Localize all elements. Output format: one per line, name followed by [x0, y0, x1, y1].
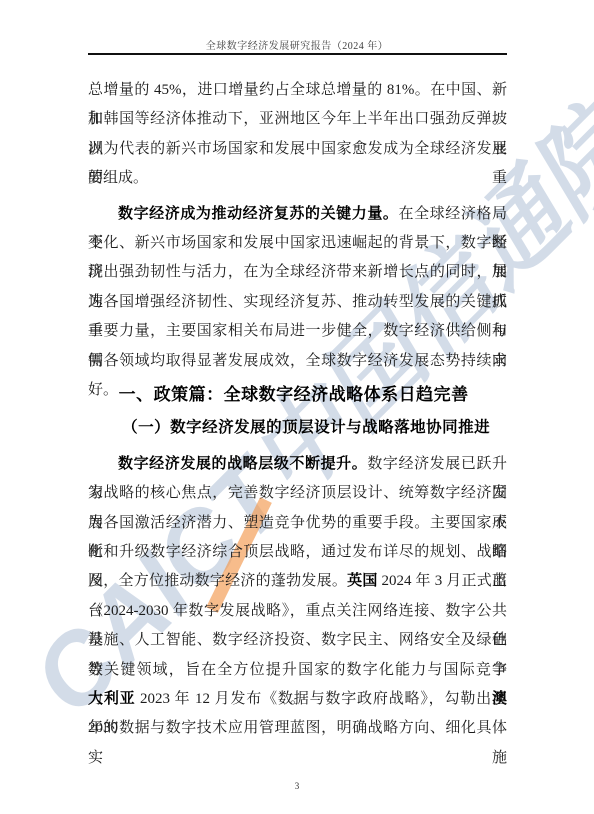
- body-line: 为各国增强经济韧性、实现经济复苏、推动转型发展的关键抓手和: [88, 288, 507, 317]
- bold-text: 数字经济发展的战略层级不断提升。: [118, 456, 367, 472]
- body-line: 总增量的 45%，进口增量约占全球总增量的 81%。在中国、新加坡: [88, 76, 507, 105]
- body-line: 等关键领域，旨在全方位提升国家的数字化能力与国际竞争力。澳: [88, 656, 507, 685]
- body-line: 大利亚 2023 年 12 月发布《数据与数字政府战略》，勾勒出至 2030: [88, 685, 507, 714]
- body-line: 数字经济发展的战略层级不断提升。数字经济发展已跃升为国: [88, 450, 507, 479]
- body-line: 为各国激活经济潜力、塑造竞争优势的重要手段。主要国家不断细: [88, 509, 507, 538]
- body-line: 家战略的核心焦点，完善数字经济顶层设计、统筹数字经济发展成: [88, 479, 507, 508]
- body-line: 重要力量，主要国家相关布局进一步健全，数字经济供给侧与需求: [88, 317, 507, 346]
- bold-text: 数字经济成为推动经济复苏的关键力量。: [118, 206, 398, 222]
- report-page: CAICT中国信通院 全球数字经济发展研究报告（2024 年） 总增量的 45%…: [0, 0, 594, 814]
- body-line: 化和升级数字经济综合顶层战略，通过发布详尽的规划、战略及蓝: [88, 538, 507, 567]
- section-heading: 一、政策篇：全球数字经济战略体系日趋完善: [88, 379, 507, 411]
- bold-text: 大利亚: [88, 691, 135, 707]
- body-line: 《2024-2030 年数字发展战略》，重点关注网络连接、数字公共基础: [88, 597, 507, 626]
- page-header-title: 全球数字经济发展研究报告（2024 年）: [0, 37, 594, 52]
- body-line: 现出强劲韧性与活力，在为全球经济带来新增长点的同时，加速成: [88, 258, 507, 287]
- body-line: 图，全方位推动数字经济的蓬勃发展。英国 2024 年 3 月正式出台: [88, 567, 507, 596]
- bold-text: 英国: [347, 573, 377, 589]
- body-line: 洲为代表的新兴市场国家和发展中国家愈发成为全球经济发展的重: [88, 135, 507, 164]
- text-run: 要组成。: [88, 170, 148, 186]
- text-run: 年的数据与数字技术应用管理蓝图，明确战略方向、细化具体实施: [88, 720, 507, 765]
- body-line: 设施、人工智能、数字经济投资、数字民主、网络安全及绿色数字: [88, 626, 507, 655]
- body-line: 变化、新兴市场国家和发展中国家迅速崛起的背景下，数字经济展: [88, 229, 507, 258]
- page-number: 3: [0, 781, 594, 791]
- body-line: 数字经济成为推动经济复苏的关键力量。在全球经济格局不断: [88, 200, 507, 229]
- text-run: 图，全方位推动数字经济的蓬勃发展。: [88, 573, 347, 589]
- body-line: 年的数据与数字技术应用管理蓝图，明确战略方向、细化具体实施: [88, 714, 507, 743]
- text-run: 洲为代表的新兴市场国家和发展中国家愈发成为全球经济发展的重: [88, 141, 507, 186]
- header-divider: [88, 53, 507, 55]
- body-line: 和韩国等经济体推动下，亚洲地区今年上半年出口强劲反弹。以亚: [88, 105, 507, 134]
- body-line: 侧各领域均取得显著发展成效，全球数字经济发展态势持续向好。: [88, 347, 507, 376]
- document-body: 总增量的 45%，进口增量约占全球总增量的 81%。在中国、新加坡和韩国等经济体…: [88, 76, 507, 744]
- subsection-heading: （一）数字经济发展的顶层设计与战略落地协同推进: [88, 411, 507, 444]
